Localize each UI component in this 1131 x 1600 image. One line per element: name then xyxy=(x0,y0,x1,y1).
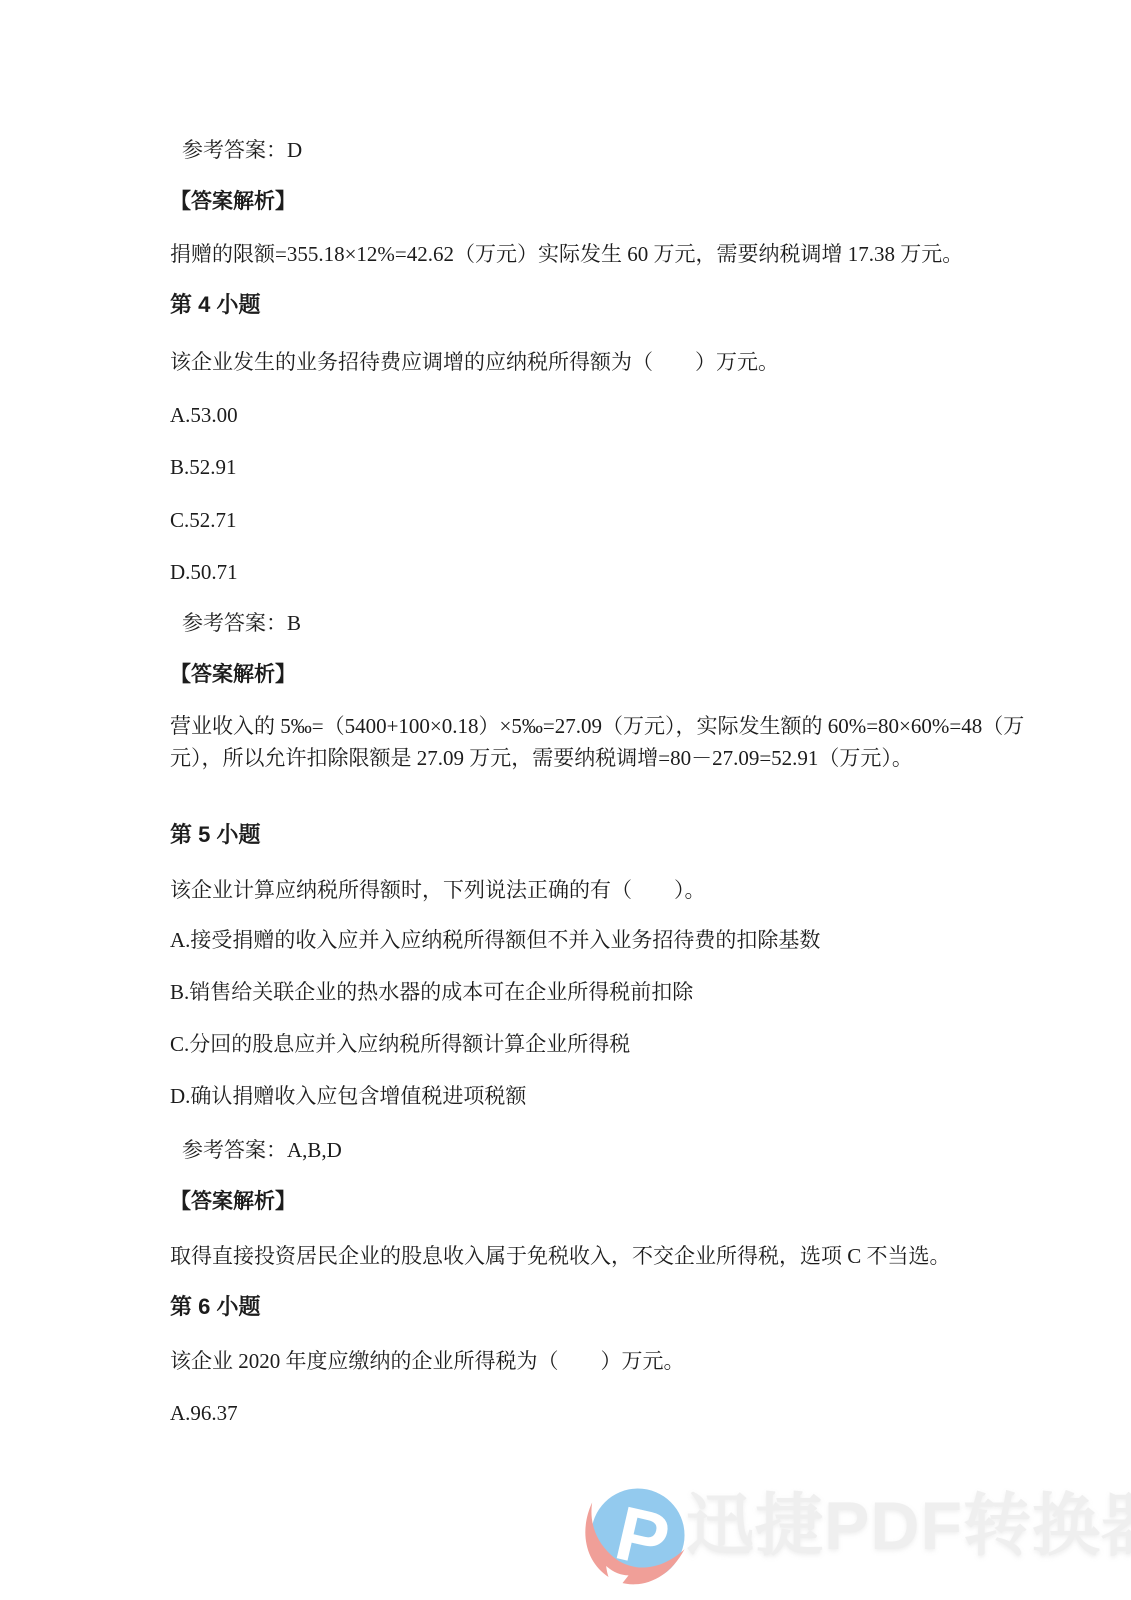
question-5-title: 第 5 小题 xyxy=(170,819,260,851)
option-c: C.52.71 xyxy=(170,504,237,536)
question-4-title: 第 4 小题 xyxy=(170,289,260,321)
question-5-stem: 该企业计算应纳税所得额时，下列说法正确的有（ ）。 xyxy=(170,874,706,906)
option-b: B.52.91 xyxy=(170,451,237,483)
analysis-text: 取得直接投资居民企业的股息收入属于免税收入，不交企业所得税，选项 C 不当选。 xyxy=(170,1240,951,1272)
option-d: D.确认捐赠收入应包含增值税进项税额 xyxy=(170,1080,526,1112)
watermark: P 迅捷PDF转换器 xyxy=(580,1480,1120,1600)
option-b: B.销售给关联企业的热水器的成本可在企业所得税前扣除 xyxy=(170,976,693,1008)
option-d: D.50.71 xyxy=(170,556,238,588)
pdf-converter-logo-icon: P xyxy=(580,1482,692,1594)
question-6-title: 第 6 小题 xyxy=(170,1291,260,1323)
option-a: A.53.00 xyxy=(170,399,238,431)
analysis-heading: 【答案解析】 xyxy=(170,186,296,218)
reference-answer: 参考答案：A,B,D xyxy=(182,1134,342,1166)
reference-answer: 参考答案：D xyxy=(182,134,302,166)
document-page: 参考答案：D 【答案解析】 捐赠的限额=355.18×12%=42.62（万元）… xyxy=(0,0,1131,1600)
watermark-text: 迅捷PDF转换器 xyxy=(686,1486,1131,1566)
analysis-text: 营业收入的 5‰=（5400+100×0.18）×5‰=27.09（万元），实际… xyxy=(170,710,1026,774)
option-a: A.接受捐赠的收入应并入应纳税所得额但不并入业务招待费的扣除基数 xyxy=(170,924,820,956)
question-4-stem: 该企业发生的业务招待费应调增的应纳税所得额为（ ）万元。 xyxy=(170,346,779,378)
reference-answer: 参考答案：B xyxy=(182,607,301,639)
analysis-heading: 【答案解析】 xyxy=(170,1186,296,1218)
option-c: C.分回的股息应并入应纳税所得额计算企业所得税 xyxy=(170,1028,630,1060)
option-a: A.96.37 xyxy=(170,1397,238,1429)
analysis-text: 捐赠的限额=355.18×12%=42.62（万元）实际发生 60 万元，需要纳… xyxy=(170,238,963,270)
question-6-stem: 该企业 2020 年度应缴纳的企业所得税为（ ）万元。 xyxy=(170,1345,685,1377)
analysis-heading: 【答案解析】 xyxy=(170,659,296,691)
